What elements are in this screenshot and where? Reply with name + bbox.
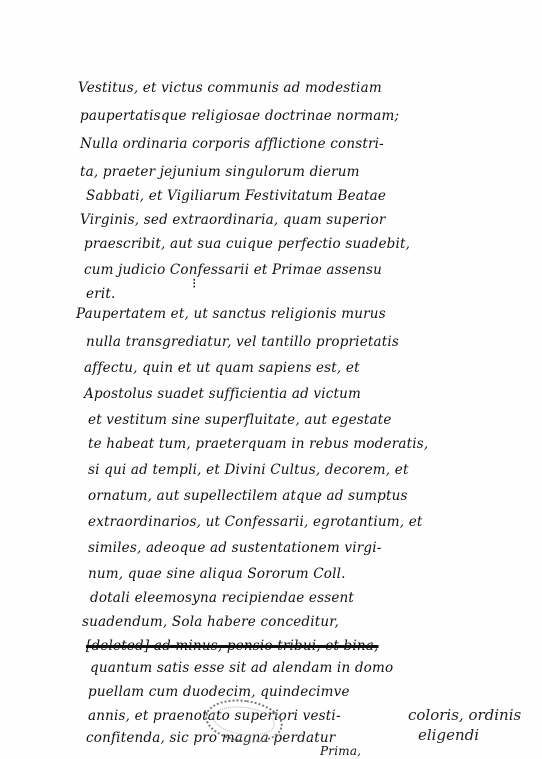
manuscript-line-25: puellam cum duodecim, quindecimve <box>88 684 350 700</box>
manuscript-line-4: ta, praeter jejunium singulorum dierum <box>80 164 360 180</box>
manuscript-line-17: ornatum, aut supellectilem atque ad sump… <box>88 488 408 504</box>
manuscript-line-2: paupertatisque religiosae doctrinae norm… <box>80 108 399 124</box>
manuscript-line-18: extraordinarios, ut Confessarii, egrotan… <box>88 514 423 530</box>
manuscript-line-16: si qui ad templi, et Divini Cultus, deco… <box>88 462 409 478</box>
manuscript-line-22: suadendum, Sola habere conceditur, <box>82 614 339 630</box>
stamp-inner-ring <box>211 703 276 739</box>
manuscript-line-21: dotali eleemosyna recipiendae essent <box>90 590 354 606</box>
manuscript-page: Vestitus, et victus communis ad modestia… <box>0 0 542 759</box>
manuscript-line-8: cum judicio Confessarii et Primae assens… <box>84 262 382 278</box>
margin-note-line-2: eligendi <box>418 726 479 744</box>
manuscript-line-23: [deleted] ad minus, pensio tribui, et bi… <box>86 638 379 654</box>
manuscript-line-20: num, quae sine aliqua Sororum Coll. <box>88 566 346 582</box>
manuscript-line-6: Virginis, sed extraordinaria, quam super… <box>80 212 386 228</box>
manuscript-line-19: similes, adeoque ad sustentationem virgi… <box>88 540 382 556</box>
manuscript-line-27: confitenda, sic pro magna perdatur <box>86 730 335 746</box>
insertion-mark: ⁝ <box>192 276 196 292</box>
manuscript-line-12: affectu, quin et ut quam sapiens est, et <box>84 360 360 376</box>
manuscript-line-15: te habeat tum, praeterquam in rebus mode… <box>88 436 428 452</box>
catchword: Prima, <box>320 744 361 758</box>
manuscript-line-11: nulla transgrediatur, vel tantillo propr… <box>86 334 399 350</box>
manuscript-line-9: erit. <box>86 286 115 302</box>
manuscript-line-10: Paupertatem et, ut sanctus religionis mu… <box>76 306 386 322</box>
manuscript-line-1: Vestitus, et victus communis ad modestia… <box>78 80 382 96</box>
manuscript-line-7: praescribit, aut sua cuique perfectio su… <box>84 236 410 252</box>
manuscript-line-13: Apostolus suadet sufficientia ad victum <box>84 386 361 402</box>
margin-note-line-1: coloris, ordinis <box>408 706 521 724</box>
manuscript-line-5: Sabbati, et Vigiliarum Festivitatum Beat… <box>86 188 386 204</box>
manuscript-line-3: Nulla ordinaria corporis afflictione con… <box>80 136 384 152</box>
manuscript-line-24: quantum satis esse sit ad alendam in dom… <box>90 660 393 676</box>
manuscript-line-14: et vestitum sine superfluitate, aut eges… <box>88 412 392 428</box>
